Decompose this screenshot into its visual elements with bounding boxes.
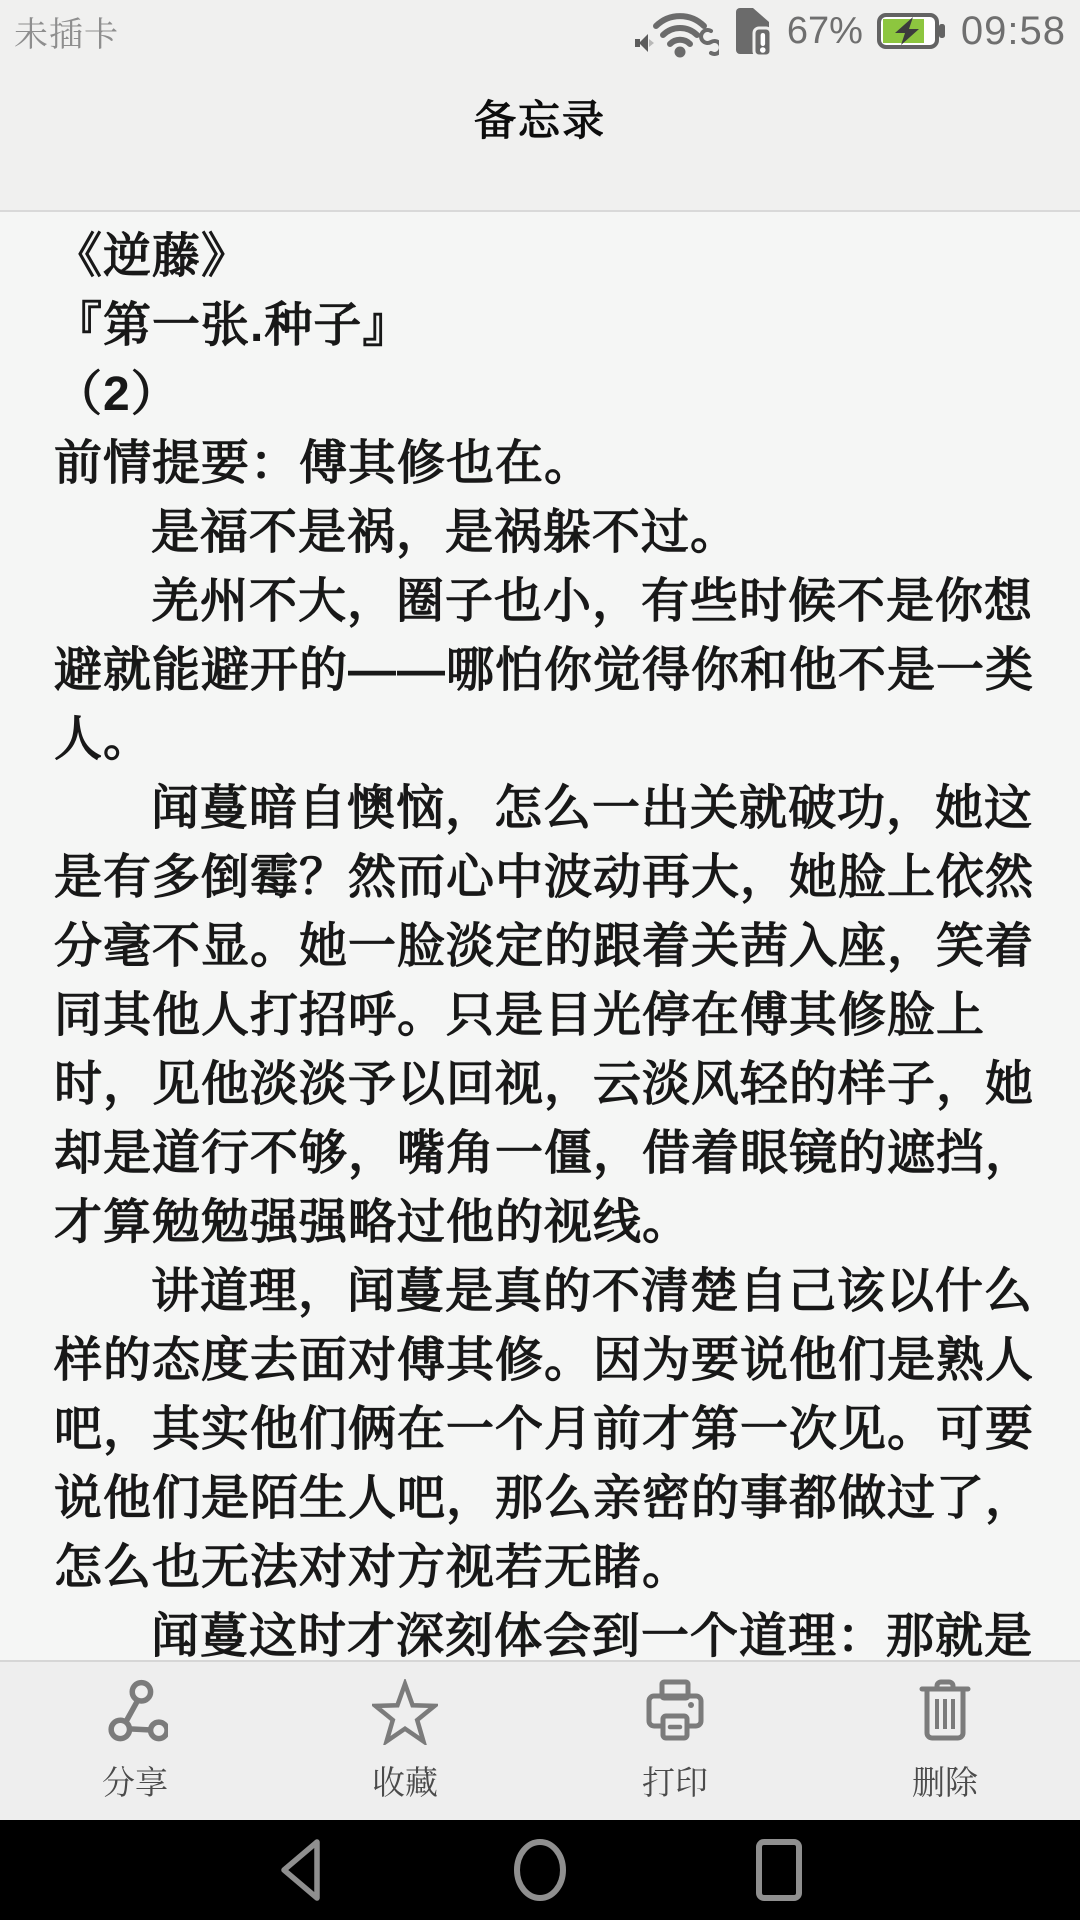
note-line: 时，见他淡淡予以回视，云淡风轻的样子，她: [54, 1050, 1026, 1119]
wifi-status-group: [635, 6, 719, 56]
note-line: 避就能避开的——哪怕你觉得你和他不是一类: [54, 636, 1026, 705]
app-header: 未插卡: [0, 0, 1080, 212]
home-icon[interactable]: [512, 1838, 568, 1902]
delete-button[interactable]: 删除: [810, 1662, 1080, 1820]
print-button[interactable]: 打印: [540, 1662, 810, 1820]
printer-icon: [642, 1679, 708, 1745]
note-line: 是福不是祸，是祸躲不过。: [54, 498, 1026, 567]
android-nav-bar: [0, 1820, 1080, 1920]
favorite-label: 收藏: [372, 1757, 438, 1804]
no-sim-icon: [733, 6, 773, 56]
phone-screen: 未插卡: [0, 0, 1080, 1920]
note-line: 说他们是陌生人吧，那么亲密的事都做过了，: [54, 1464, 1026, 1533]
note-line: 同其他人打招呼。只是目光停在傅其修脸上: [54, 981, 1026, 1050]
note-line: 闻蔓这时才深刻体会到一个道理：那就是: [54, 1602, 1026, 1660]
share-icon: [102, 1679, 168, 1745]
recents-icon[interactable]: [755, 1838, 805, 1902]
note-line: 闻蔓暗自懊恼，怎么一出关就破功，她这: [54, 774, 1026, 843]
note-body[interactable]: 《逆藤》『第一张.种子』（2）前情提要：傅其修也在。是福不是祸，是祸躲不过。羌州…: [0, 212, 1080, 1660]
note-line: 是有多倒霉？然而心中波动再大，她脸上依然: [54, 843, 1026, 912]
note-line: 吧，其实他们俩在一个月前才第一次见。可要: [54, 1395, 1026, 1464]
wifi-s-badge: [695, 28, 719, 56]
share-label: 分享: [102, 1757, 168, 1804]
bottom-toolbar: 分享 收藏 打印: [0, 1660, 1080, 1820]
print-label: 打印: [642, 1757, 708, 1804]
share-button[interactable]: 分享: [0, 1662, 270, 1820]
trash-icon: [912, 1679, 978, 1745]
note-line: 分毫不显。她一脸淡定的跟着关茜入座，笑着: [54, 912, 1026, 981]
battery-percent: 67%: [787, 10, 863, 53]
note-line: 人。: [54, 705, 1026, 774]
favorite-button[interactable]: 收藏: [270, 1662, 540, 1820]
carrier-label: 未插卡: [14, 7, 119, 56]
note-line: 『第一张.种子』: [54, 291, 1026, 360]
battery-charging-icon: [877, 12, 947, 50]
note-line: 样的态度去面对傅其修。因为要说他们是熟人: [54, 1326, 1026, 1395]
note-line: 羌州不大，圈子也小，有些时候不是你想: [54, 567, 1026, 636]
delete-label: 删除: [912, 1757, 978, 1804]
note-line: 前情提要：傅其修也在。: [54, 429, 1026, 498]
page-title: 备忘录: [0, 88, 1080, 148]
note-line: 才算勉勉强强略过他的视线。: [54, 1188, 1026, 1257]
status-time: 09:58: [961, 9, 1066, 54]
note-line: 《逆藤》: [54, 222, 1026, 291]
note-line: （2）: [54, 360, 1026, 429]
note-line: 却是道行不够，嘴角一僵，借着眼镜的遮挡，: [54, 1119, 1026, 1188]
star-icon: [372, 1679, 438, 1745]
back-icon[interactable]: [277, 1838, 323, 1902]
note-line: 讲道理，闻蔓是真的不清楚自己该以什么: [54, 1257, 1026, 1326]
note-line: 怎么也无法对对方视若无睹。: [54, 1533, 1026, 1602]
status-bar: 未插卡: [0, 0, 1080, 62]
